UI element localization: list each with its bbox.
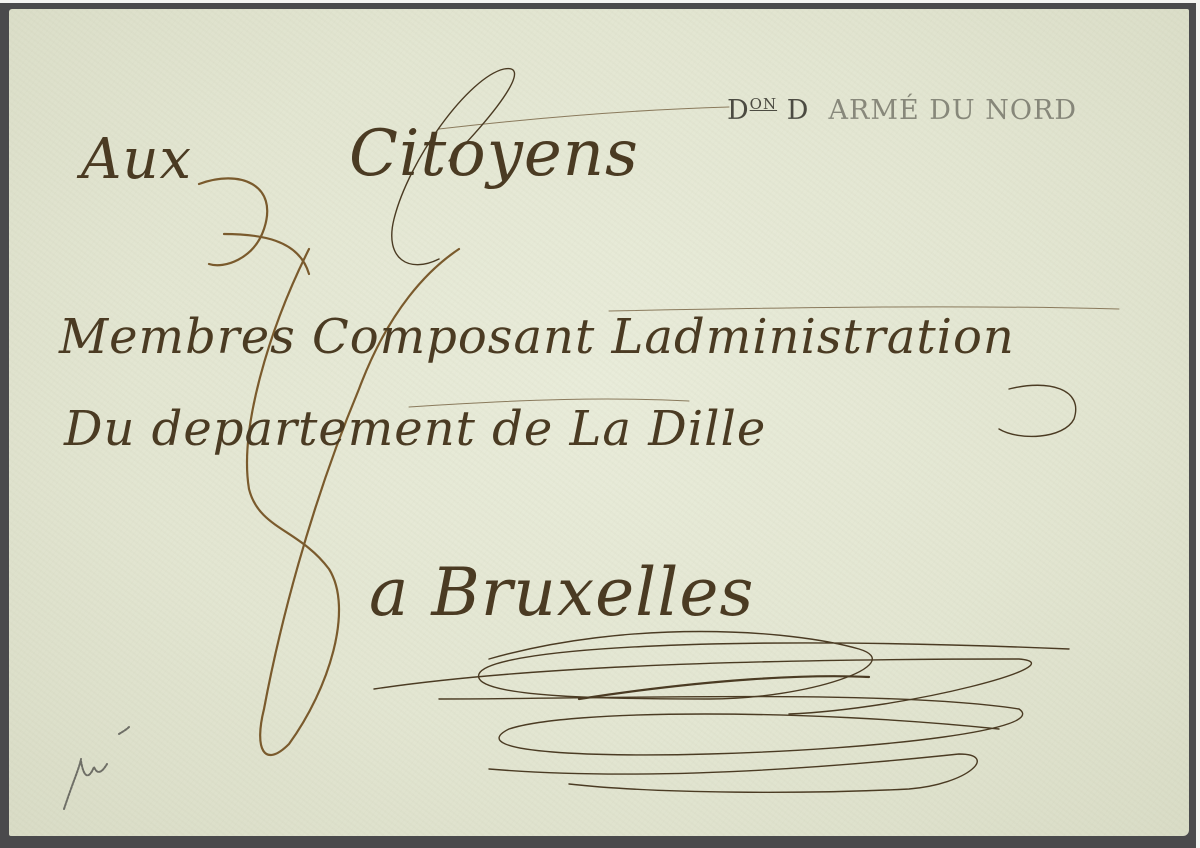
address-line-department: Du departement de La Dille (64, 401, 766, 457)
salutation: Citoyens (349, 117, 639, 191)
pencil-note: Mn (69, 769, 96, 788)
address-line-city: a Bruxelles (369, 554, 754, 631)
rate-marking: 8 (279, 569, 289, 588)
initial-mark: D (229, 209, 242, 228)
address-line-members: Membres Composant Ladministration (59, 309, 1015, 365)
salutation-prefix: Aux (81, 127, 192, 192)
postal-cover: DON D ARMÉ DU NORD Aux Citoyens Membres … (9, 9, 1189, 836)
